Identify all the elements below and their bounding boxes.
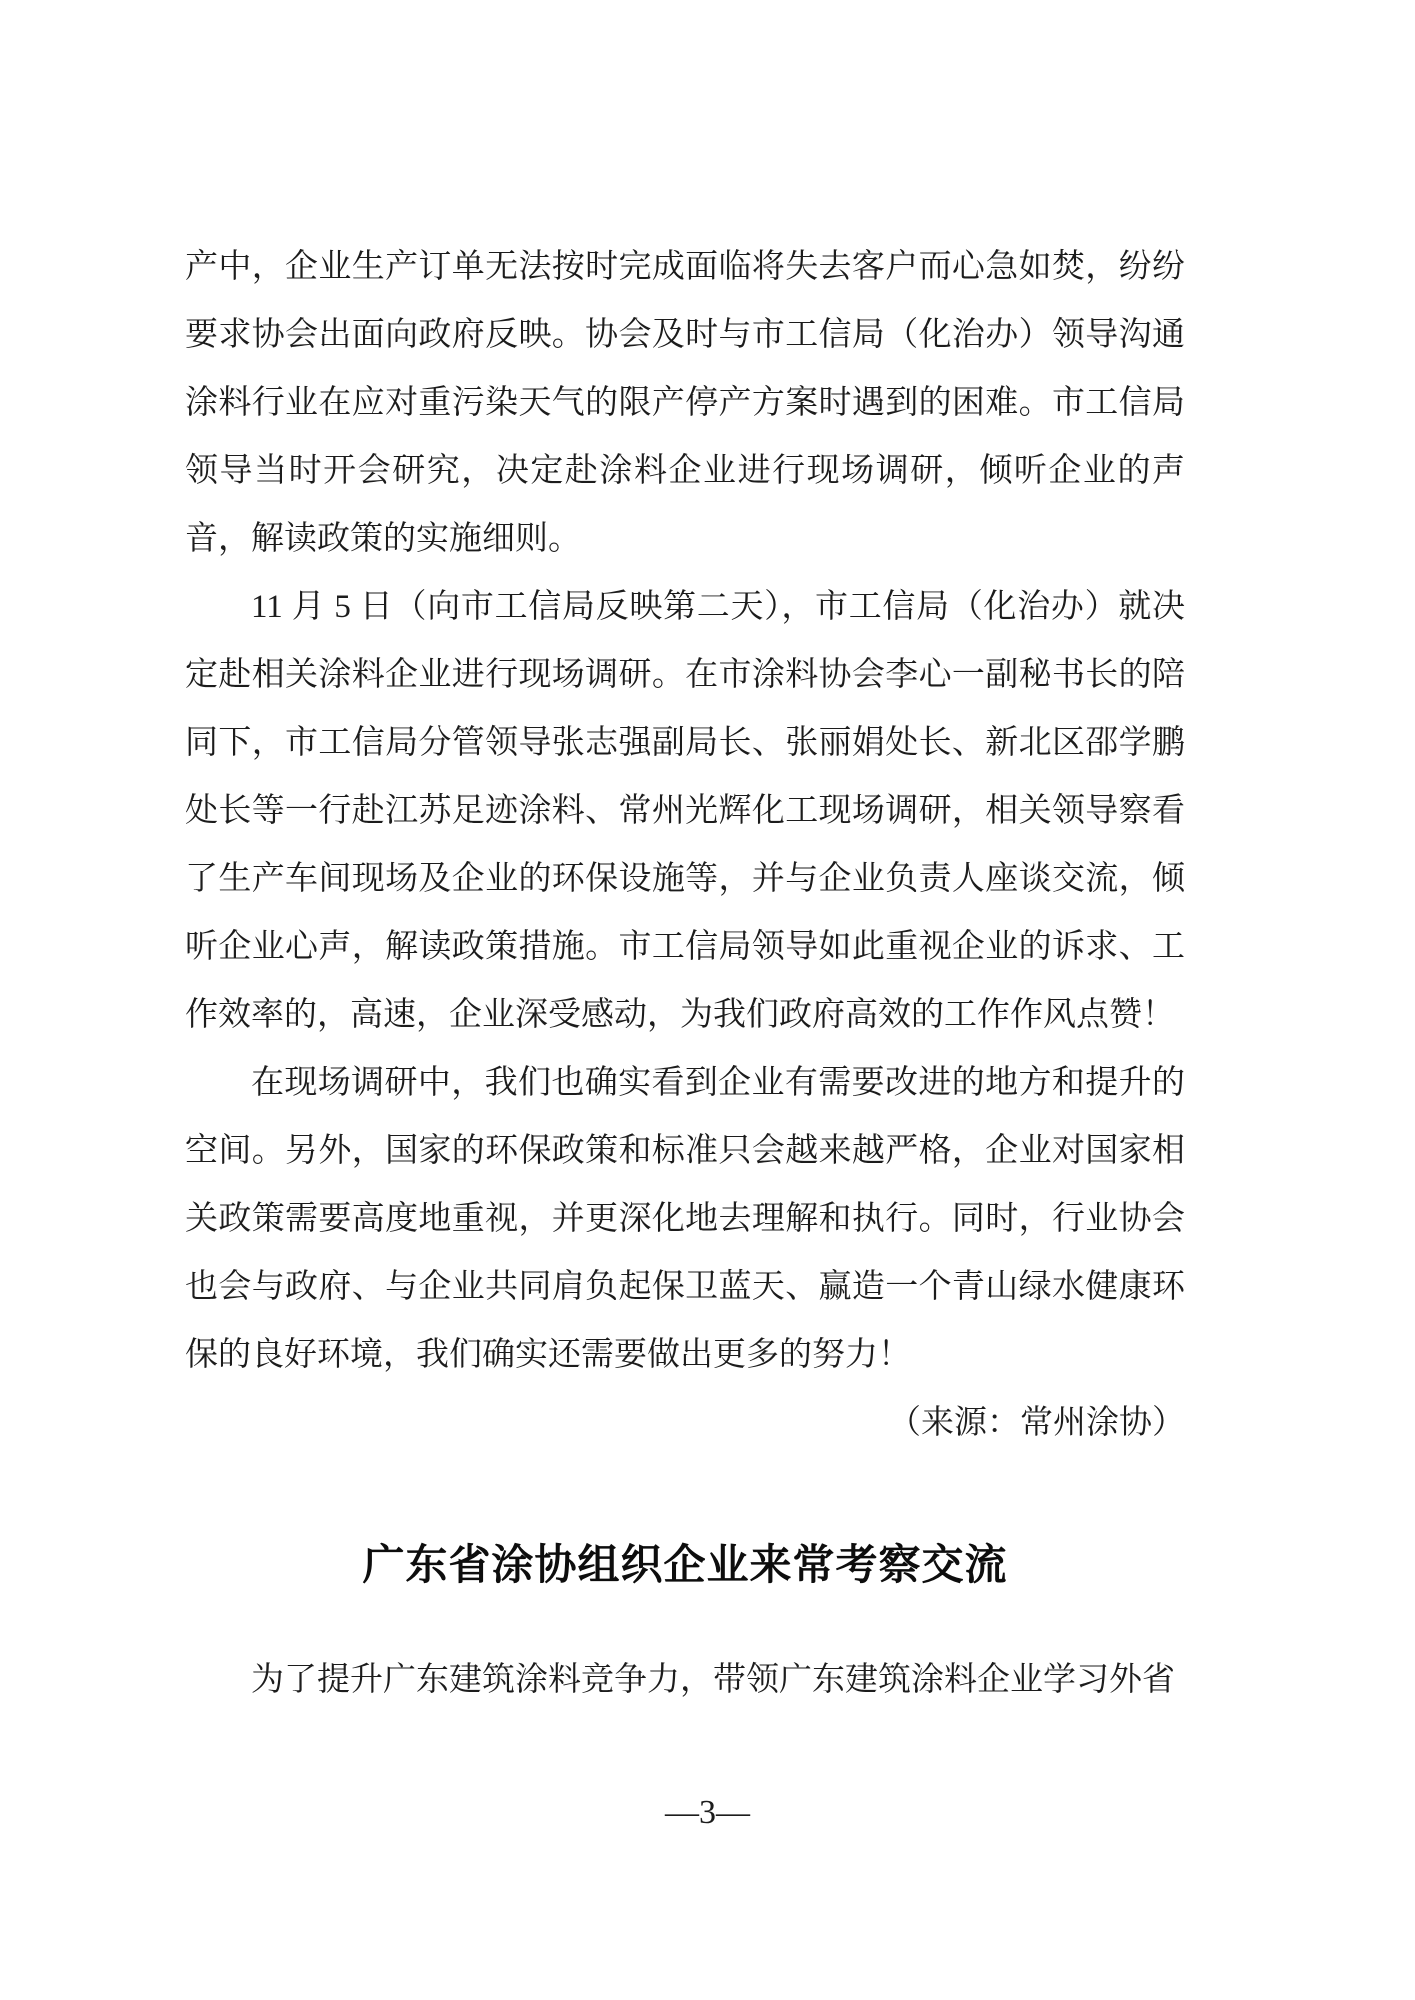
page-body-text: 产中，企业生产订单无法按时完成面临将失去客户而心急如焚，纷纷要求协会出面向政府反…	[185, 233, 1185, 1714]
section-heading: 广东省涂协组织企业来常考察交流	[185, 1545, 1185, 1587]
document-page: 产中，企业生产订单无法按时完成面临将失去客户而心急如焚，纷纷要求协会出面向政府反…	[0, 0, 1415, 2000]
page-number: —3—	[0, 1793, 1415, 1833]
paragraph: 在现场调研中，我们也确实看到企业有需要改进的地方和提升的空间。另外，国家的环保政…	[185, 1049, 1185, 1389]
paragraph-continuation: 产中，企业生产订单无法按时完成面临将失去客户而心急如焚，纷纷要求协会出面向政府反…	[185, 233, 1185, 573]
paragraph: 11 月 5 日（向市工信局反映第二天），市工信局（化治办）就决定赴相关涂料企业…	[185, 573, 1185, 1049]
source-attribution: （来源：常州涂协）	[185, 1389, 1185, 1457]
paragraph: 为了提升广东建筑涂料竞争力，带领广东建筑涂料企业学习外省	[185, 1646, 1185, 1714]
